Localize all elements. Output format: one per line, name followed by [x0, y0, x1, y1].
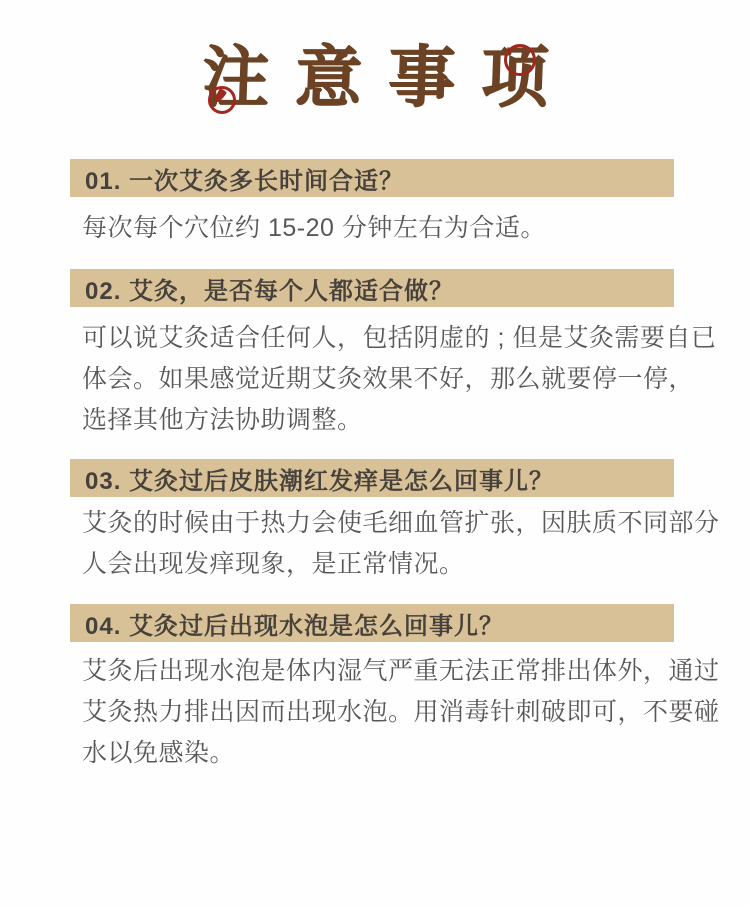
- section-04-header: 04. 艾灸过后出现水泡是怎么回事儿？: [70, 604, 674, 642]
- body-text-line: 选择其他方法协助调整。: [82, 400, 702, 441]
- red-circle-accent-icon: [504, 44, 536, 76]
- section-04-body: 艾灸后出现水泡是体内湿气严重无法正常排出体外，通过 艾灸热力排出因而出现水泡。用…: [82, 651, 702, 774]
- section-02-header: 02. 艾灸，是否每个人都适合做？: [70, 269, 674, 307]
- body-text-line: 艾灸热力排出因而出现水泡。用消毒针刺破即可，不要碰: [82, 692, 702, 733]
- moxibustion-notice-page: 注意事项 01. 一次艾灸多长时间合适？ 每次每个穴位约 15-20 分钟左右为…: [0, 0, 750, 906]
- section-02-heading-text: 02. 艾灸，是否每个人都适合做？: [85, 271, 454, 306]
- section-04-heading-text: 04. 艾灸过后出现水泡是怎么回事儿？: [85, 606, 504, 641]
- body-text-line: 可以说艾灸适合任何人，包括阴虚的 ; 但是艾灸需要自已: [82, 318, 702, 359]
- section-01-header: 01. 一次艾灸多长时间合适？: [70, 159, 674, 197]
- body-text-line: 人会出现发痒现象，是正常情况。: [82, 544, 702, 585]
- section-02-body: 可以说艾灸适合任何人，包括阴虚的 ; 但是艾灸需要自已 体会。如果感觉近期艾灸效…: [82, 318, 702, 441]
- page-title: 注意事项: [0, 24, 750, 120]
- section-01-body: 每次每个穴位约 15-20 分钟左右为合适。: [82, 208, 702, 249]
- body-text-line: 艾灸的时候由于热力会使毛细血管扩张，因肤质不同部分: [82, 503, 702, 544]
- body-text-line: 水以免感染。: [82, 733, 702, 774]
- section-03-header: 03. 艾灸过后皮肤潮红发痒是怎么回事儿？: [70, 459, 674, 497]
- section-01-heading-text: 01. 一次艾灸多长时间合适？: [85, 161, 404, 196]
- section-03-heading-text: 03. 艾灸过后皮肤潮红发痒是怎么回事儿？: [85, 461, 554, 496]
- body-text-line: 每次每个穴位约 15-20 分钟左右为合适。: [82, 208, 702, 249]
- body-text-line: 体会。如果感觉近期艾灸效果不好，那么就要停一停，: [82, 359, 702, 400]
- section-03-body: 艾灸的时候由于热力会使毛细血管扩张，因肤质不同部分 人会出现发痒现象，是正常情况…: [82, 503, 702, 585]
- body-text-line: 艾灸后出现水泡是体内湿气严重无法正常排出体外，通过: [82, 651, 702, 692]
